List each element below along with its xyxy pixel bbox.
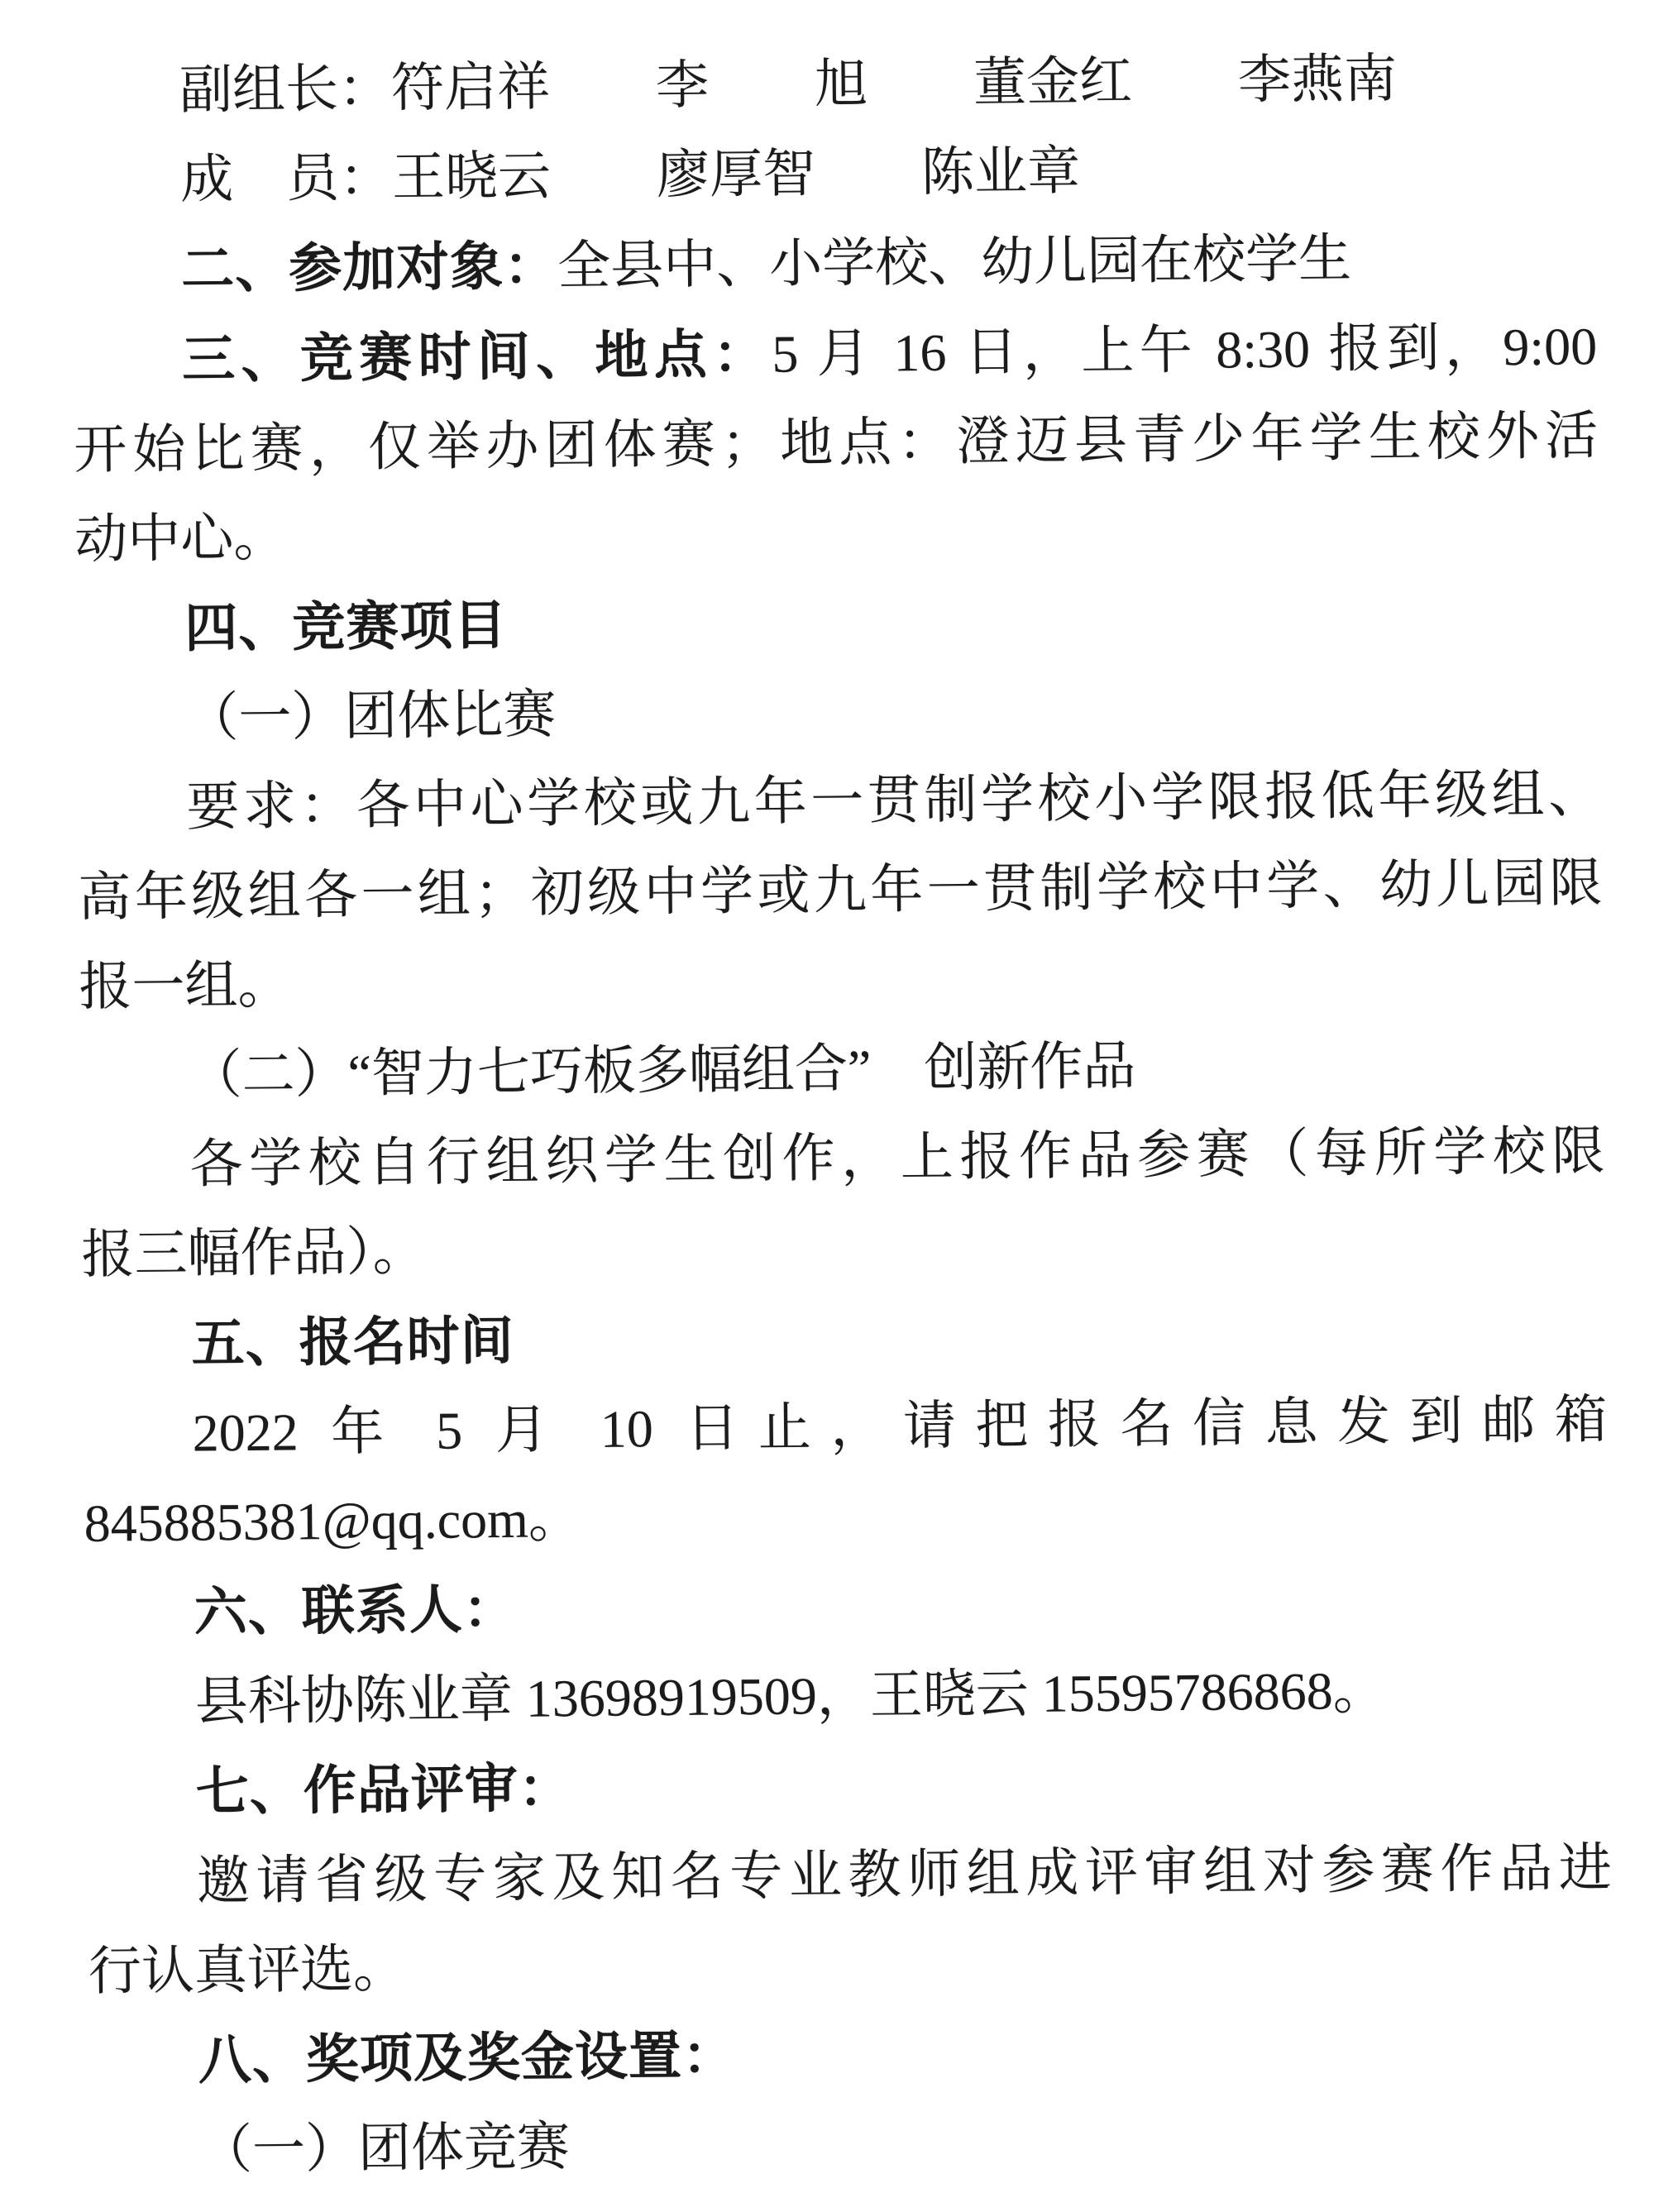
line-time-place-continuation-1: 开始比赛，仅举办团体赛；地点：澄迈县青少年学生校外活 bbox=[74, 391, 1599, 495]
line-item-2-detail-2: 报三幅作品）。 bbox=[81, 1196, 1606, 1300]
line-deputy-leaders: 副组长：符启祥 李 旭 董金红 李燕南 bbox=[70, 32, 1595, 136]
item-2-detail-text-2: 报三幅作品）。 bbox=[81, 1222, 426, 1284]
line-item-2-detail-1: 各学校自行组织学生创作，上报作品参赛（每所学校限 bbox=[80, 1106, 1605, 1211]
heading-section-2-participants: 二、参加对象：全县中、小学校、幼儿园在校学生 bbox=[72, 211, 1597, 316]
line-registration-deadline: 2022 年 5 月 10 日止，请把报名信息发到邮箱 bbox=[83, 1375, 1608, 1479]
judging-text-1: 邀请省级专家及知名专业教师组成评审组对参赛作品进 bbox=[197, 1838, 1613, 1910]
section-3-body: 5 月 16 日，上午 8:30 报到，9:00 bbox=[772, 317, 1597, 384]
line-contact-phones: 县科协陈业章 13698919509，王晓云 15595786868。 bbox=[85, 1644, 1610, 1748]
item-2-text: （二）“智力七巧板多幅组合” 创新作品 bbox=[189, 1037, 1135, 1105]
scanned-document-page: 副组长：符启祥 李 旭 董金红 李燕南 成 员：王晓云 廖厚智 陈业章 二、参加… bbox=[0, 0, 1654, 2212]
heading-section-6-contacts: 六、联系人： bbox=[84, 1554, 1609, 1659]
section-8-label: 八、奖项及奖金设置： bbox=[198, 2025, 737, 2090]
line-members: 成 员：王晓云 廖厚智 陈业章 bbox=[71, 122, 1596, 226]
document-text-block: 副组长：符启祥 李 旭 董金红 李燕南 成 员：王晓云 廖厚智 陈业章 二、参加… bbox=[70, 32, 1615, 2196]
judging-text-2: 行认真评选。 bbox=[88, 1939, 407, 2001]
registration-email-text: 845885381@qq.com。 bbox=[84, 1489, 581, 1553]
line-requirements-1: 要求：各中心学校或九年一贯制学校小学限报低年级组、 bbox=[77, 749, 1602, 853]
line-requirements-2: 高年级组各一组；初级中学或九年一贯制学校中学、幼儿园限 bbox=[78, 838, 1603, 943]
members-text: 成 员：王晓云 廖厚智 陈业章 bbox=[180, 141, 1081, 208]
deputy-leaders-text: 副组长：符启祥 李 旭 董金红 李燕南 bbox=[179, 50, 1398, 120]
time-place-text-2: 动中心。 bbox=[74, 508, 287, 568]
time-place-text-1: 开始比赛，仅举办团体赛；地点：澄迈县青少年学生校外活 bbox=[74, 406, 1599, 480]
line-awards-item-1-team: （一）团体竞赛 bbox=[89, 2092, 1614, 2196]
line-requirements-3: 报一组。 bbox=[79, 928, 1604, 1032]
requirements-text-1: 要求：各中心学校或九年一贯制学校小学限报低年级组、 bbox=[186, 764, 1602, 836]
registration-deadline-text: 2022 年 5 月 10 日止，请把报名信息发到邮箱 bbox=[192, 1390, 1608, 1462]
heading-section-3-time-place: 三、竞赛时间、地点：5 月 16 日，上午 8:30 报到，9:00 bbox=[73, 301, 1598, 406]
awards-item-1-text: （一）团体竞赛 bbox=[199, 2117, 571, 2179]
line-judging-detail-2: 行认真评选。 bbox=[88, 1913, 1613, 2017]
heading-section-7-judging: 七、作品评审： bbox=[86, 1733, 1611, 1838]
line-item-1-team-competition: （一）团体比赛 bbox=[76, 660, 1601, 764]
heading-section-5-registration: 五、报名时间 bbox=[82, 1285, 1607, 1390]
section-2-body: 全县中、小学校、幼儿园在校学生 bbox=[557, 229, 1352, 295]
requirements-text-2: 高年级组各一组；初级中学或九年一贯制学校中学、幼儿园限 bbox=[78, 853, 1603, 927]
section-6-label: 六、联系人： bbox=[194, 1579, 517, 1642]
contact-phones-text: 县科协陈业章 13698919509，王晓云 15595786868。 bbox=[194, 1661, 1386, 1732]
section-5-label: 五、报名时间 bbox=[191, 1311, 514, 1374]
heading-section-8-awards: 八、奖项及奖金设置： bbox=[88, 2002, 1613, 2107]
line-judging-detail-1: 邀请省级专家及知名专业教师组成评审组对参赛作品进 bbox=[87, 1823, 1612, 1928]
line-time-place-continuation-2: 动中心。 bbox=[74, 480, 1599, 585]
section-7-label: 七、作品评审： bbox=[195, 1758, 572, 1821]
item-1-text: （一）团体比赛 bbox=[185, 685, 557, 747]
section-2-label: 二、参加对象： bbox=[181, 236, 558, 299]
line-item-2-tangram-works: （二）“智力七巧板多幅组合” 创新作品 bbox=[79, 1017, 1604, 1121]
item-2-detail-text-1: 各学校自行组织学生创作，上报作品参赛（每所学校限 bbox=[189, 1121, 1605, 1193]
section-4-label: 四、竞赛项目 bbox=[184, 595, 508, 658]
heading-section-4-events: 四、竞赛项目 bbox=[75, 570, 1600, 675]
line-registration-email: 845885381@qq.com。 bbox=[84, 1464, 1609, 1569]
section-3-label: 三、竞赛时间、地点： bbox=[182, 324, 772, 389]
requirements-text-3: 报一组。 bbox=[79, 955, 291, 1015]
